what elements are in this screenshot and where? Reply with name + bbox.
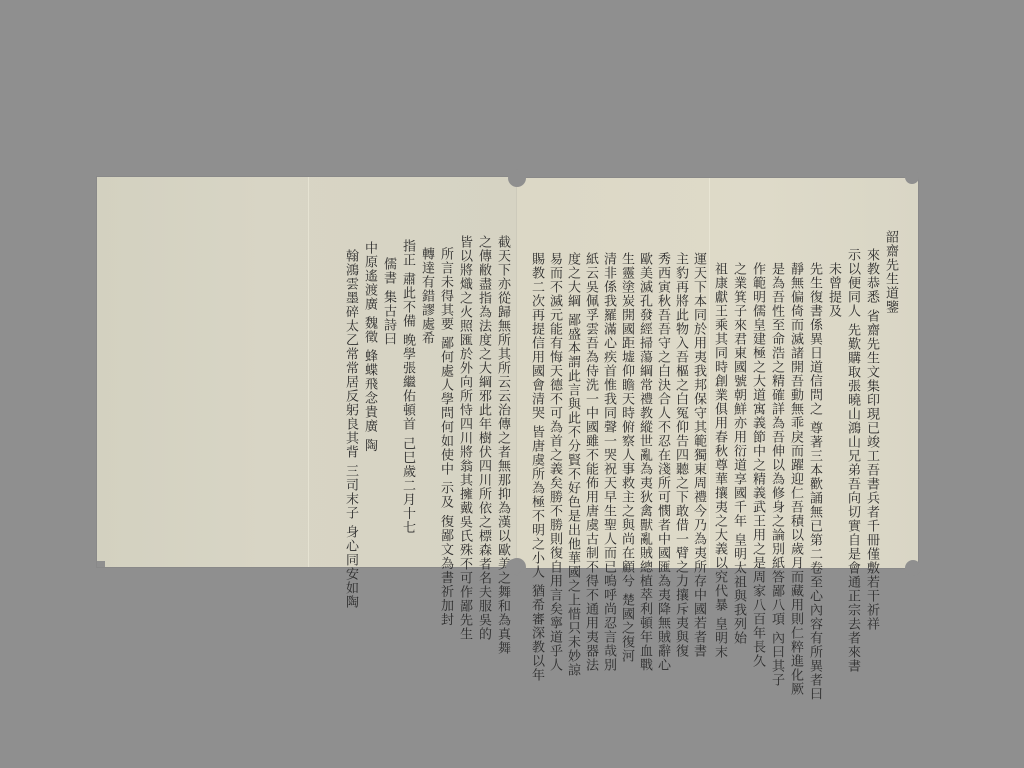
text-column: 祖康獻王乘其同時創業俱用春秋尊華攘夷之大義以究代暴 皇明末 <box>712 262 727 659</box>
fold-line <box>308 177 309 567</box>
text-column: 靜無偏倚而滅諸開吾動無乖戾而躍迎仁吾積以歲月而藏用則仁粹進化厥 <box>788 262 803 696</box>
text-column: 儒書 集古詩曰 <box>381 257 396 346</box>
text-column: 先生復書係異日道信問之 尊著三本歡誦無已第二卷至心內容有所異者曰 <box>807 262 822 701</box>
torn-corner <box>97 561 105 567</box>
right-sheet: 韶齋先生道鑒 來教恭悉 省齋先生文集印現已竣工吾書兵者千冊僅敷若干祈祥 示以便同… <box>517 178 918 568</box>
paper-notch <box>905 560 921 576</box>
text-column: 翰鴻雲墨碎太乙常常居反躬良其背 三司末子 身心同安如陶 <box>343 249 358 609</box>
text-column: 來教恭悉 省齋先生文集印現已竣工吾書兵者千冊僅敷若干祈祥 <box>864 248 879 631</box>
text-column: 皆以將熾之火照匯於外向所恃四川將翁其擁戴吳氏殊不可作鄙先生 <box>457 235 472 641</box>
text-column: 中原遙渡廣 魏徵 蜂蝶飛念貴廣 陶 <box>362 241 377 452</box>
text-column: 之傳敝盡指為法度之大綱邪此年樹伏四川所依之標森者名夫服吳的 <box>476 235 491 641</box>
text-column: 是為吾性至命浩之精確詳為吾伸以為修身之論別紙答鄙八項 內曰其子 <box>769 262 784 687</box>
left-sheet: 截天下亦從歸無所其所云云治傳之者無那抑為漢以歐美之舞和為真舞 之傳敝盡指為法度之… <box>97 177 518 567</box>
text-column: 之業箕子來君東國號朝鮮亦用衍道享國千年 皇明太祖與我列始 <box>731 262 746 645</box>
fold-line <box>709 178 710 568</box>
text-column: 運天下本同於用夷我邦保守其範獨東周禮今乃為夷所存中國若者書 <box>691 252 706 658</box>
text-column: 主豹再將此物入吾樞之白冤仰告四聽之下敢借一臂之力攘斥夷與復 <box>673 252 688 658</box>
paper-notch <box>905 170 919 184</box>
text-column: 度之大綱 鄙盛本謂此言與此不分賢不好色是出他華國之上惜只未妙諒 <box>565 252 580 677</box>
image-viewer: 截天下亦從歸無所其所云云治傳之者無那抑為漢以歐美之舞和為真舞 之傳敝盡指為法度之… <box>0 0 1024 768</box>
text-column: 賜教二次再提信用國會清哭 皆唐虞所為極不明之小人 猶希審深教以年 <box>529 252 544 682</box>
text-column: 未曾提及 <box>826 262 841 318</box>
paper-notch <box>506 559 522 575</box>
paper-notch <box>508 169 526 187</box>
text-column: 轉達有錯謬處希 <box>419 247 434 345</box>
text-column: 指正 肅此不備 晚學張繼佑頓首 己巳歲二月十七 <box>400 239 415 534</box>
text-column: 紙云吳佩孚雲吾為侍洗一中國雖不能佈用唐虞古制不得不通用夷器法 <box>583 252 598 672</box>
text-column: 作範明儒皇建極之大道寓義節中之精義武王用之是周家八百年長久 <box>750 262 765 668</box>
text-column: 清非係我羅滿心疾首惟我同聲一哭祝天早生聖人而已嗚呼尚忍言哉別 <box>601 252 616 672</box>
text-column: 易而不滅元能有悔天德不可為首之義矣勝不勝則復自用言矣寧道乎人 <box>547 252 562 672</box>
text-column: 截天下亦從歸無所其所云云治傳之者無那抑為漢以歐美之舞和為真舞 <box>495 235 510 655</box>
text-column: 歐美滅孔發經掃蕩綱常禮教縱世亂為夷狄禽獸亂賊總植萃利頓年血戰 <box>637 252 652 672</box>
text-column: 所言未得其要 鄙何處人學問何如使中 示及 復鄙文為書祈加封 <box>438 247 453 626</box>
letter-salutation: 韶齋先生道鑒 <box>883 230 898 314</box>
text-column: 生靈塗炭開國距墟仰瞻天時俯察人事救主之與尚在顧兮 楚國之復河 <box>619 252 634 663</box>
text-column: 示以便同人 先歎購取張曉山鴻山兄弟吾向切實自是會通正宗去者來書 <box>845 248 860 673</box>
text-column: 秀西寅秋吾吾守之白決合人不忍在淺所可憫者中國匯為夷降無賊辭心 <box>655 252 670 672</box>
